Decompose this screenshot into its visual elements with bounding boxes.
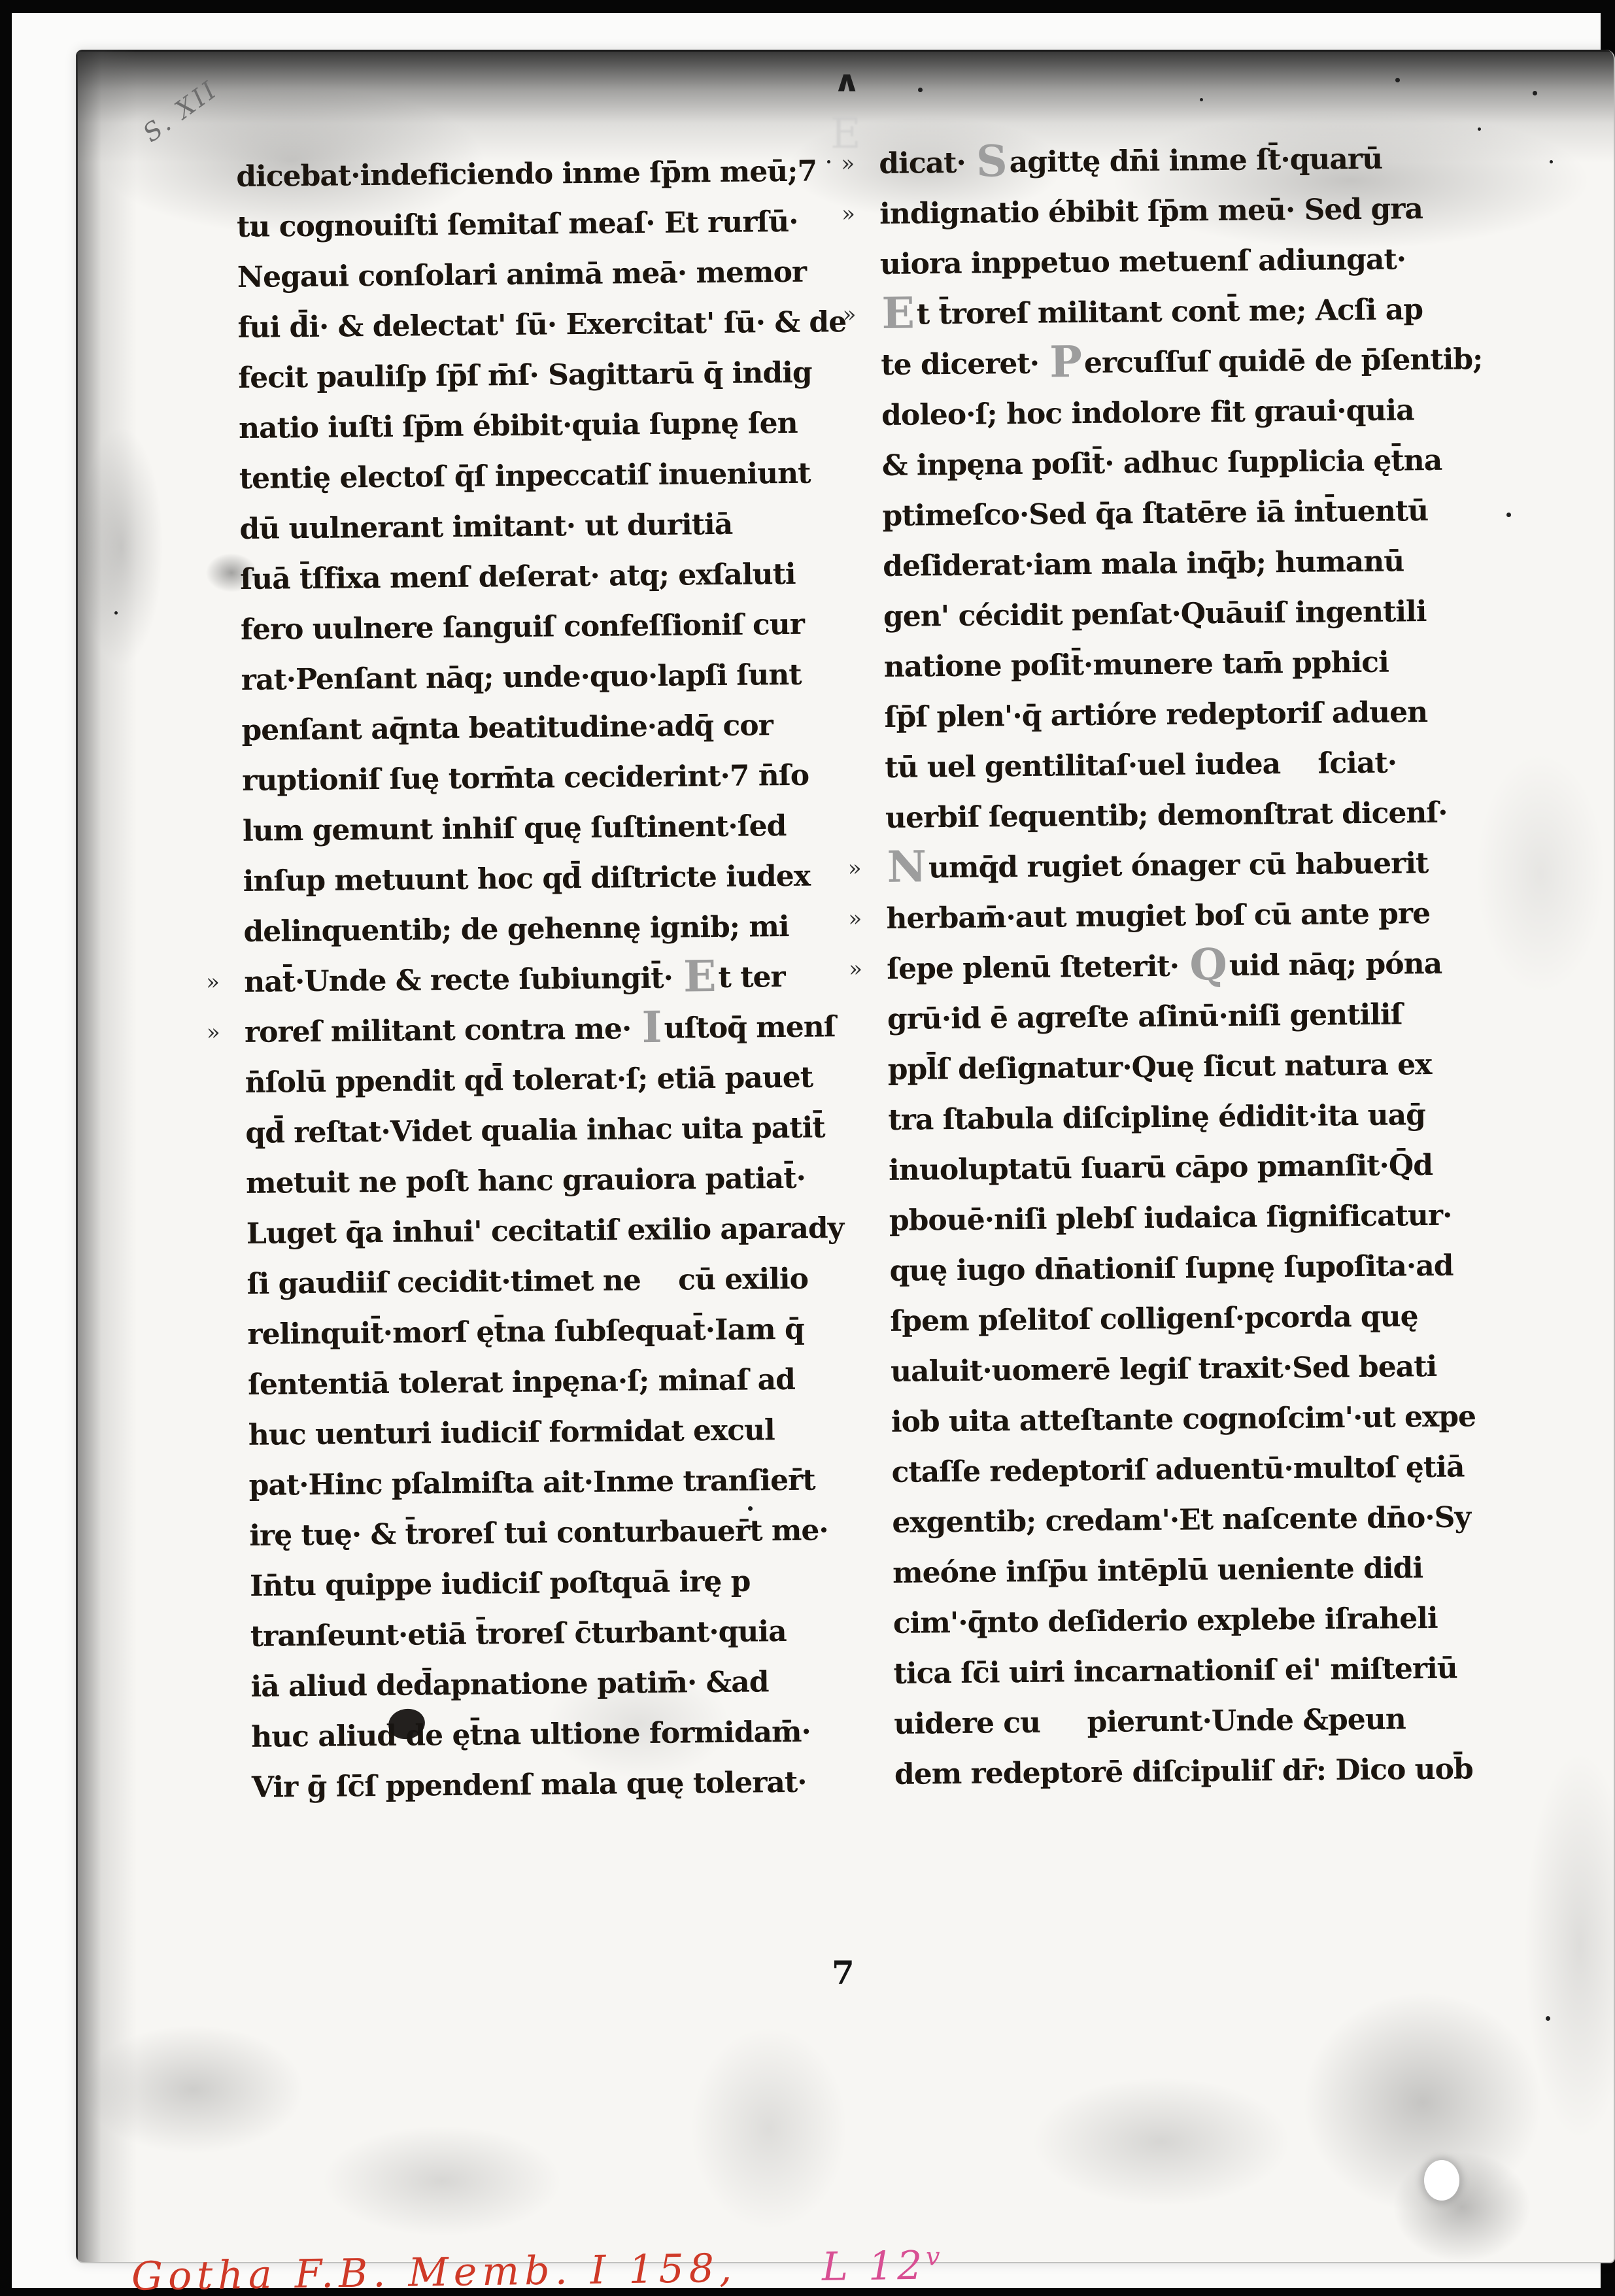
- text-line: »Numq̄d rugiet ónager cū habuerit: [885, 837, 1487, 894]
- text-line: »herbam̄·aut mugiet boſ cū ante pre: [886, 888, 1488, 944]
- text-line: »dicat· Sagittę dn̄i inme ſt̄·quarū: [879, 133, 1481, 189]
- text-line: tū uel gentilitaſ·uel iudea ſciat·: [885, 737, 1487, 793]
- text-line: fero uulnere ſanguiſ confeſſioniſ cur: [241, 599, 849, 655]
- text-line: inuoluptatū ſuarū cāpo pmanſit·Q̄d: [889, 1140, 1491, 1196]
- leaf-left-edge-shadow: [76, 50, 137, 2262]
- photo-paper: S. XII ∧ E 7 dicebat·indeficiendo inme ſ…: [12, 13, 1601, 2288]
- text-line: uiora inppetuo metuenſ adiungat·: [879, 233, 1482, 290]
- text-line: ſententiā tolerat inpęna·ſ; minaſ ad: [248, 1354, 857, 1410]
- text-line: dū uulnerant imitant· ut duritiā: [239, 498, 848, 554]
- text-column-left: dicebat·indeficiendo inme ſp̄m meū;7tu c…: [236, 146, 860, 1813]
- text-line: delinquentib; de gehennę ignib; mi: [243, 901, 852, 957]
- text-line: relinquit̄·morſ ęt̄na ſubſequat̄·Iam q̄: [247, 1304, 856, 1360]
- text-line: ualuit·uomerē legiſ traxit·Sed beati: [891, 1341, 1493, 1397]
- folio-number-mark: S. XII: [137, 75, 223, 148]
- text-line: dicebat·indeficiendo inme ſp̄m meū;7: [236, 146, 845, 202]
- diple-quote-mark: »: [841, 189, 855, 239]
- text-line: »indignatio ébibit ſp̄m meū· Sed gra: [879, 183, 1482, 239]
- text-line: iā aliud ded̄apnatione patim̄· &ad: [250, 1656, 859, 1712]
- text-line: pat·Hinc pſalmiſta ait·Inme tranſier̄t: [248, 1455, 857, 1511]
- text-line: ſi gaudiiſ cecidit·timet ne cū exilio: [246, 1253, 855, 1309]
- text-line: doleo·ſ; hoc indolore fit graui·quia: [881, 384, 1484, 441]
- text-line: »ſepe plenū ſteterit· Quid nāq; póna: [887, 938, 1489, 994]
- text-line: ctaſſe redeptoriſ aduentū·multoſ ętiā: [891, 1442, 1493, 1498]
- text-line: »roreſ militant contra me· Iuſtoq̄ menſ: [245, 1002, 853, 1058]
- text-line: te diceret· Percuſſuſ quidē de p̄ſentib;: [881, 334, 1483, 390]
- text-line: ſp̄ſ plen'·q̄ artióre redeptoriſ aduen: [884, 686, 1486, 743]
- text-line: tranſeunt·etiā t̄roreſ c̄turbant·quia: [250, 1606, 858, 1662]
- text-line: n̄ſolū ppendit qd̄ tolerat·ſ; etiā pauet: [245, 1052, 853, 1108]
- text-line: grū·id ē agreſte aſinū·niſi gentiliſ: [887, 988, 1489, 1045]
- text-line: uerbiſ ſequentib; demonſtrat dicenſ·: [885, 787, 1487, 843]
- text-line: ſuā t̄ſfixa menſ deſerat· atq; exſaluti: [240, 549, 849, 605]
- caret-mark: ∧: [833, 65, 860, 99]
- diple-quote-mark: »: [841, 139, 855, 189]
- text-line: Negaui conſolari animā meā· memor: [237, 246, 845, 303]
- text-line: Vir ḡ ſc̄ſ ppendenſ mala quę tolerat·: [252, 1757, 860, 1813]
- text-line: »Et t̄roreſ militant cont̄ me; Acſi ap: [880, 284, 1482, 340]
- text-line: qd̄ reſtat·Videt qualia inhac uita patit…: [245, 1102, 854, 1158]
- text-column-right: »dicat· Sagittę dn̄i inme ſt̄·quarū»indi…: [879, 133, 1496, 1800]
- text-line: ſpem pſelitoſ colligenſ·pcorda quę: [890, 1291, 1492, 1347]
- colored-initial: Q: [1189, 964, 1226, 965]
- text-line: ptimeſco·Sed q̄a ſtatēre iā int̄uentū: [882, 485, 1484, 541]
- text-line: dem redeptorē diſcipuliſ dr̄: Dico uob̄: [894, 1744, 1497, 1800]
- folio-reference-text: L 12: [822, 2243, 926, 2290]
- text-line: pbouē·niſi plebſ iudaica ſignificatur·: [889, 1190, 1491, 1246]
- text-line: ruptioniſ ſuę torm̄ta ceciderint·7 n̄ſo: [242, 750, 851, 806]
- diple-quote-mark: »: [207, 1007, 220, 1058]
- text-line: tu cognouiſti ſemitaſ meaſ· Et rurſū·: [237, 196, 845, 252]
- text-line: metuit ne poſt hanc grauiora patiat̄·: [246, 1153, 855, 1209]
- quire-signature-mark: 7: [832, 1953, 855, 1992]
- parchment-leaf: S. XII ∧ E 7 dicebat·indeficiendo inme ſ…: [76, 50, 1615, 2263]
- text-line: »nat̄·Unde & recte ſubiungit̄· Et ter: [244, 951, 853, 1007]
- text-line: inſup metuunt hoc qd̄ diſtricte iudex: [243, 851, 851, 907]
- shelfmark-text: Gotha F.B. Memb. I 158,: [131, 2246, 738, 2296]
- manuscript-photo: S. XII ∧ E 7 dicebat·indeficiendo inme ſ…: [0, 0, 1615, 2296]
- text-line: & inpęna poſit̄· adhuc ſupplicia ęt̄na: [881, 435, 1484, 491]
- parchment-hole: [1424, 2160, 1459, 2201]
- text-line: huc uenturi iudiciſ formidat excul: [248, 1404, 857, 1460]
- folio-reference-superscript: v: [926, 2242, 945, 2271]
- ink-specks: [76, 50, 78, 52]
- text-line: iob uita atteſtante cognoſcim'·ut expe: [891, 1391, 1493, 1447]
- diple-quote-mark: »: [849, 944, 862, 994]
- text-line: natio iuſti ſp̄m ébibit·quia ſupnę ſen: [239, 397, 847, 454]
- text-line: tica ſc̄i uiri incarnationiſ ei' miſteri…: [893, 1643, 1495, 1699]
- text-line: natione poſit̄·munere tam̄ pphici: [883, 636, 1486, 692]
- diple-quote-mark: »: [847, 843, 861, 894]
- text-line: penſant aq̄nta beatitudine·adq̄ cor: [241, 700, 850, 756]
- text-line: lum gemunt inhiſ quę ſuſtinent·ſed: [243, 800, 851, 856]
- text-line: uidere cu pierunt·Unde &peun: [894, 1693, 1496, 1749]
- text-line: deſiderat·iam mala inq̄b; humanū: [883, 535, 1485, 592]
- text-line: gen' cécidit penſat·Quāuiſ ingentili: [883, 586, 1486, 642]
- text-line: meóne inſp̄u intēplū ueniente didi: [892, 1542, 1495, 1598]
- text-line: tra ſtabula diſciplinę édidit·ita uaḡ: [888, 1089, 1490, 1145]
- text-line: huc aliud de ęt̄na ultione formidam̄·: [251, 1706, 860, 1763]
- colored-initial: N: [887, 866, 926, 867]
- diple-quote-mark: »: [848, 894, 862, 944]
- text-line: rat·Penſant nāq; unde·quo·lapſi ſunt: [241, 649, 849, 705]
- text-line: Luget q̄a inhui' cecitatiſ exilio aparad…: [246, 1203, 855, 1259]
- text-line: tentię electoſ q̄ſ inpeccatiſ inueniunt: [239, 448, 847, 504]
- diple-quote-mark: »: [842, 290, 856, 340]
- text-line: cim'·q̄nto deſiderio explebe iſraheli: [892, 1593, 1495, 1649]
- text-line: ppl̄ſ deſignatur·Quę ſicut natura ex: [887, 1039, 1489, 1095]
- text-line: fecit pauliſp ſp̄ſ m̄ſ· Sagittarū q̄ ind…: [238, 347, 847, 403]
- text-line: exgentib; credam'·Et naſcente dn̄o·Sy: [892, 1492, 1494, 1548]
- text-line: quę iugo dn̄ationiſ ſupnę ſupoſita·ad: [889, 1240, 1491, 1296]
- text-line: fui d̄i· & delectat' ſū· Exercitat' ſū· …: [237, 297, 846, 353]
- diple-quote-mark: »: [206, 957, 220, 1007]
- text-line: irę tuę· & t̄roreſ tui conturbauer̄t me·: [249, 1505, 858, 1561]
- text-line: In̄tu quippe iudiciſ poſtquā irę p: [250, 1555, 858, 1612]
